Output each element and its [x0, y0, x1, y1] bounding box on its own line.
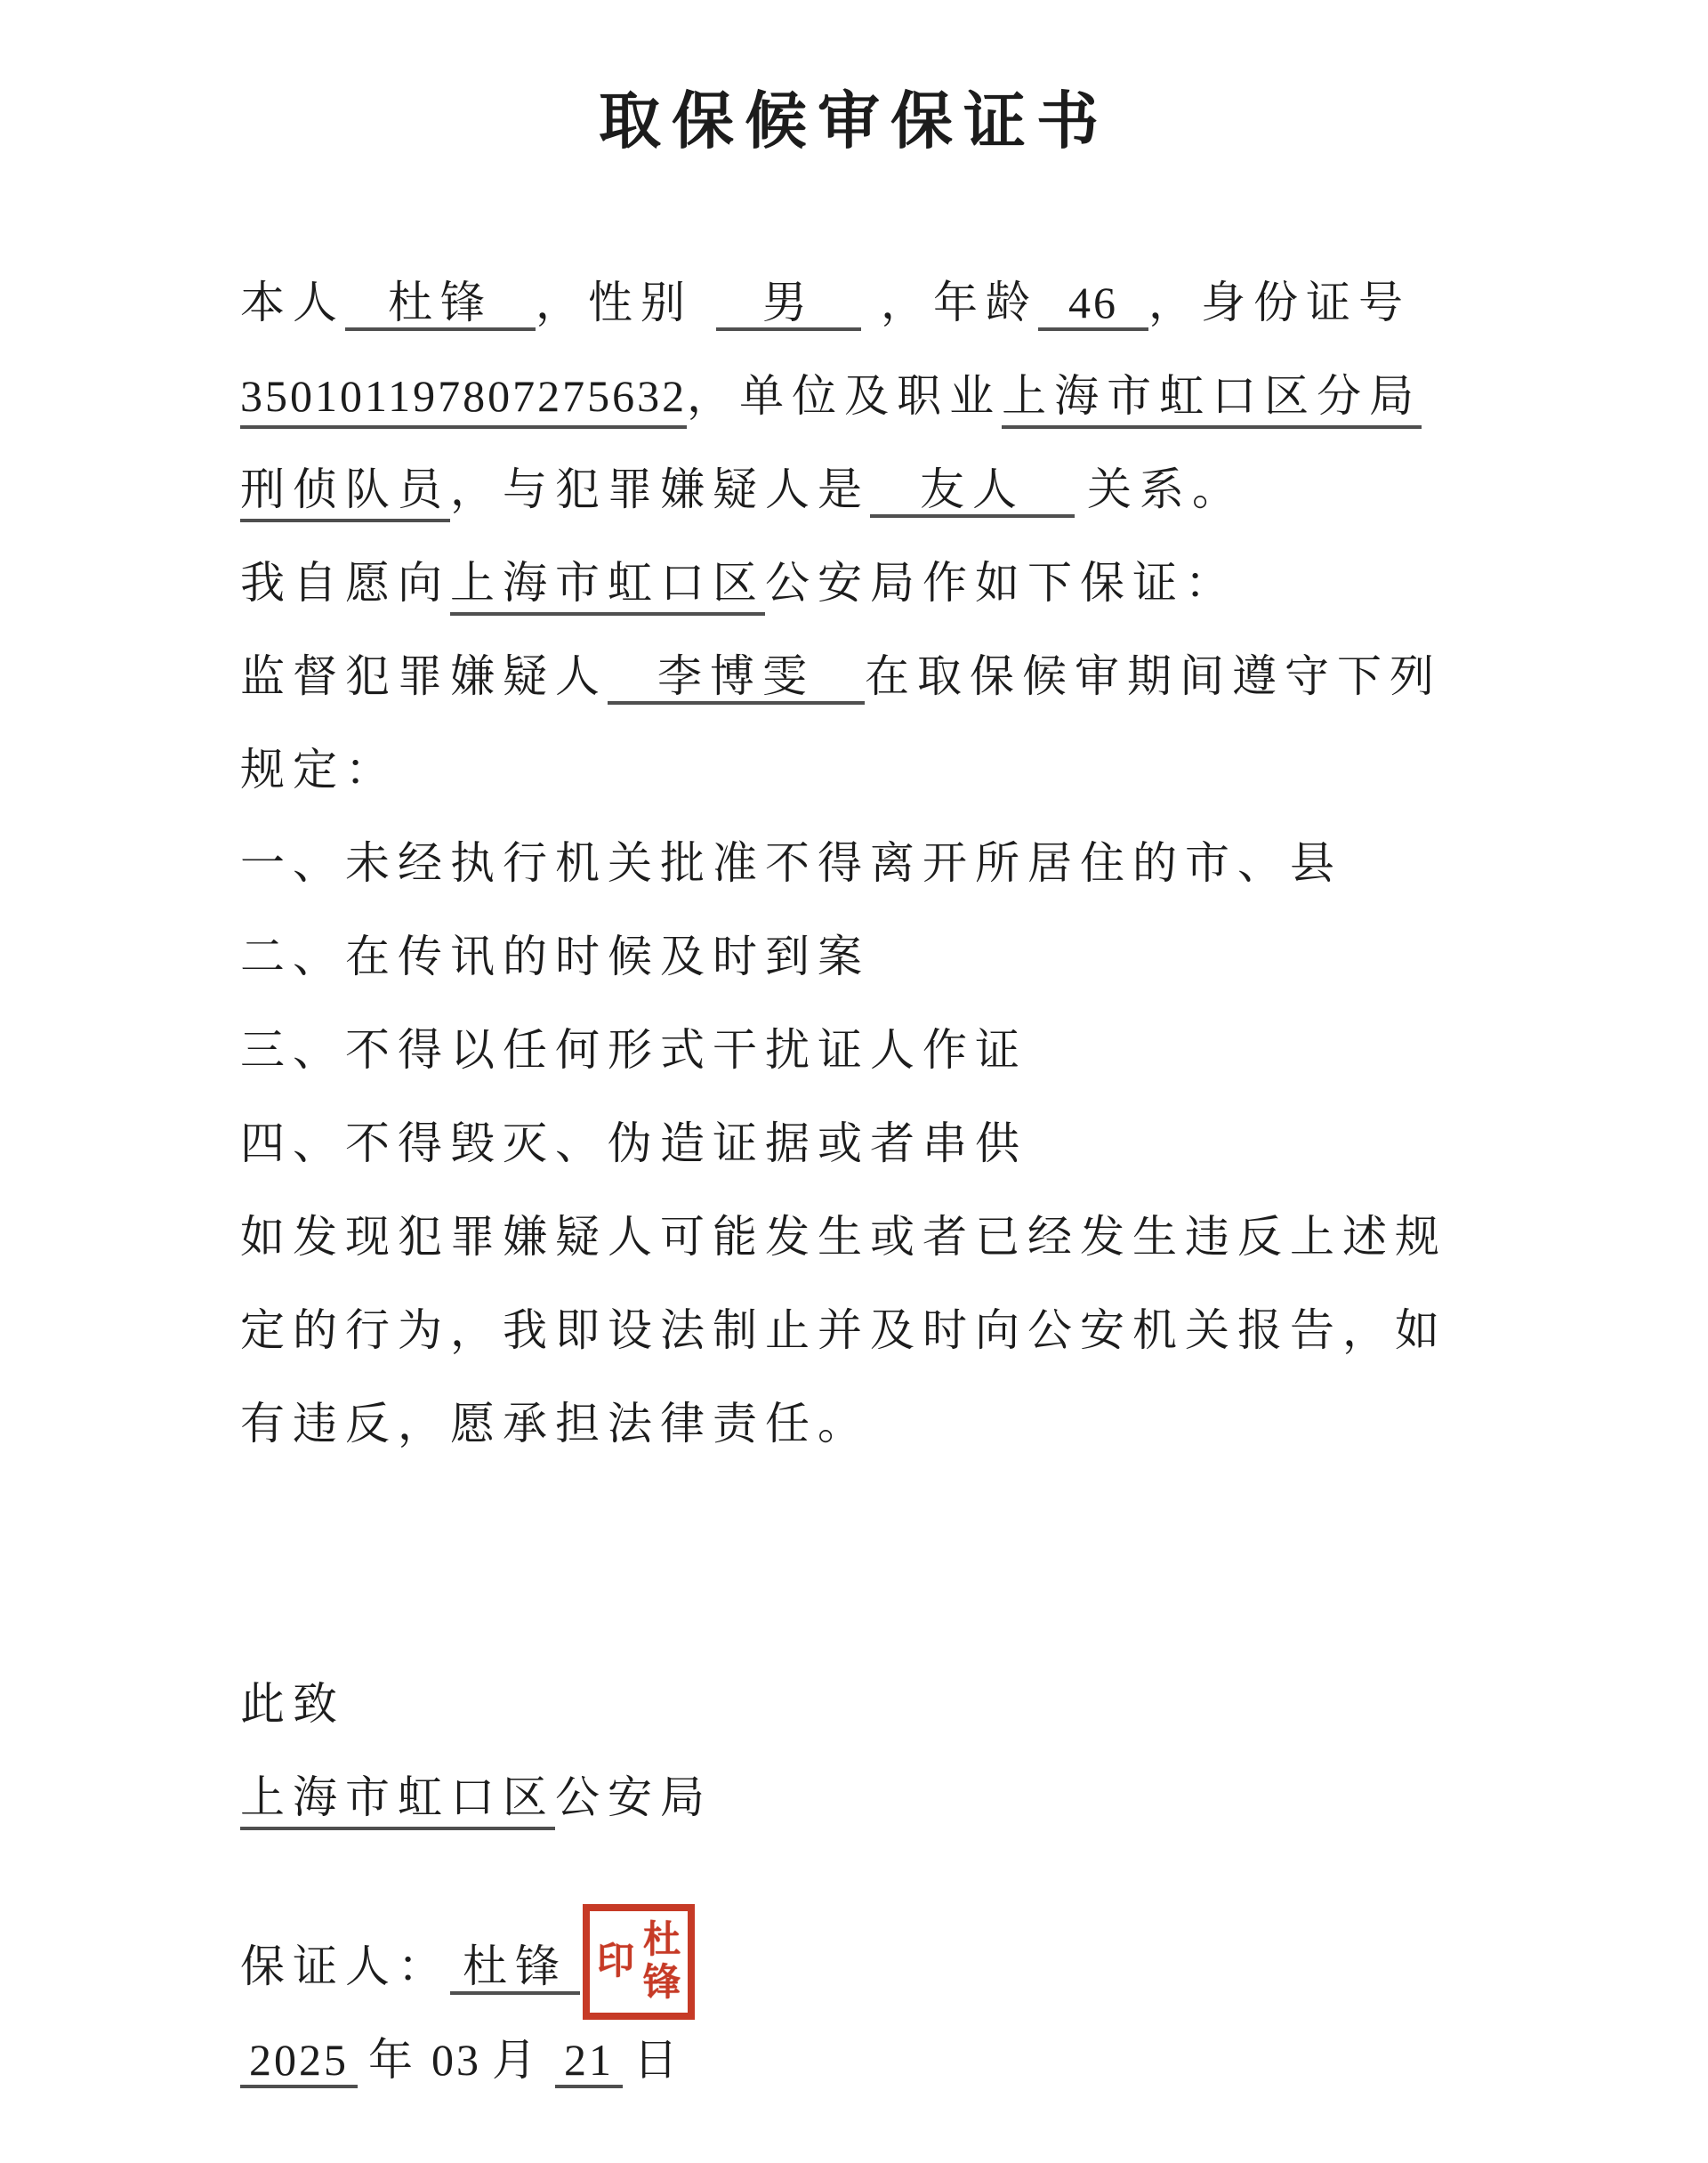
guarantor-name-blank: 杜锋 — [345, 278, 536, 331]
static-text: 公安局作如下保证： — [765, 558, 1237, 608]
salutation: 此致 — [240, 1658, 1539, 1751]
date-month: 03 — [431, 2035, 481, 2085]
occupation-blank: 刑侦队员 — [240, 464, 450, 522]
addressee-rest: 公安局 — [555, 1772, 713, 1822]
blank-gap — [240, 1471, 1539, 1658]
month-unit: 月 — [492, 2035, 544, 2085]
static-text: 在取保候审期间遵守下列 — [865, 651, 1442, 701]
age-blank: 46 — [1038, 278, 1148, 331]
body-line-5: 监督犯罪嫌疑人李博雯在取保候审期间遵守下列 — [240, 630, 1539, 723]
rule-item-4: 四、不得毁灭、伪造证据或者串供 — [240, 1097, 1539, 1190]
body-line-3: 刑侦队员，与犯罪嫌疑人是友人关系。 — [240, 443, 1539, 537]
personal-seal-stamp: 杜 锋 印 — [583, 1904, 695, 2020]
static-text: ，单位及职业 — [687, 371, 1002, 421]
date-year: 2025 — [240, 2035, 358, 2088]
static-text: 关系。 — [1087, 464, 1245, 514]
date-day: 21 — [555, 2035, 623, 2088]
static-text: 我自愿向 — [240, 558, 450, 608]
signature-line: 保证人：杜锋 杜 锋 印 — [240, 1920, 1539, 2014]
seal-char-surname: 杜 — [643, 1919, 681, 1962]
addressee-line: 上海市虹口区公安局 — [240, 1751, 1539, 1844]
rule-item-1: 一、未经执行机关批准不得离开所居住的市、县 — [240, 817, 1539, 910]
body-line-2: 350101197807275632，单位及职业上海市虹口区分局 — [240, 350, 1539, 443]
static-text: 监督犯罪嫌疑人 — [240, 651, 608, 701]
seal-left-column: 印 — [592, 1916, 639, 2008]
static-text: 本人 — [240, 278, 345, 327]
guarantor-signature: 杜锋 — [450, 1941, 580, 1995]
body-line-1: 本人杜锋，性别男，年龄46，身份证号 — [240, 256, 1539, 350]
body-line-4: 我自愿向上海市虹口区公安局作如下保证： — [240, 537, 1539, 630]
year-unit: 年 — [368, 2035, 421, 2085]
seal-char-givenname: 锋 — [643, 1962, 681, 2005]
relationship-blank: 友人 — [870, 464, 1075, 518]
blank-gap — [240, 1844, 1539, 1920]
seal-right-column: 杜 锋 — [639, 1916, 685, 2008]
static-text: ，年龄 — [881, 278, 1038, 327]
rule-item-3: 三、不得以任何形式干扰证人作证 — [240, 1004, 1539, 1097]
static-text: ，与犯罪嫌疑人是 — [450, 464, 870, 514]
document-page: 取保候审保证书 本人杜锋，性别男，年龄46，身份证号 3501011978072… — [0, 0, 1708, 2163]
closing-line-3: 有违反，愿承担法律责任。 — [240, 1377, 1539, 1471]
day-unit: 日 — [633, 2035, 686, 2085]
page-title: 取保候审保证书 — [0, 78, 1708, 167]
work-unit-blank: 上海市虹口区分局 — [1002, 371, 1422, 429]
authority-blank: 上海市虹口区 — [450, 558, 765, 616]
seal-char-yin: 印 — [597, 1941, 634, 1983]
closing-line-1: 如发现犯罪嫌疑人可能发生或者已经发生违反上述规 — [240, 1190, 1539, 1284]
static-text: ，身份证号 — [1148, 278, 1411, 327]
rule-item-2: 二、在传讯的时候及时到案 — [240, 910, 1539, 1004]
addressee-underlined: 上海市虹口区 — [240, 1772, 555, 1830]
document-body: 本人杜锋，性别男，年龄46，身份证号 350101197807275632，单位… — [240, 256, 1539, 2107]
static-text: ，性别 — [536, 278, 693, 327]
closing-line-2: 定的行为，我即设法制止并及时向公安机关报告，如 — [240, 1284, 1539, 1377]
id-number-blank: 350101197807275632 — [240, 371, 687, 429]
date-line: 2025年03月21日 — [240, 2014, 1539, 2107]
gender-blank: 男 — [716, 278, 861, 331]
suspect-name-blank: 李博雯 — [608, 651, 865, 705]
body-line-6: 规定： — [240, 723, 1539, 817]
guarantor-label: 保证人： — [240, 1941, 450, 1991]
